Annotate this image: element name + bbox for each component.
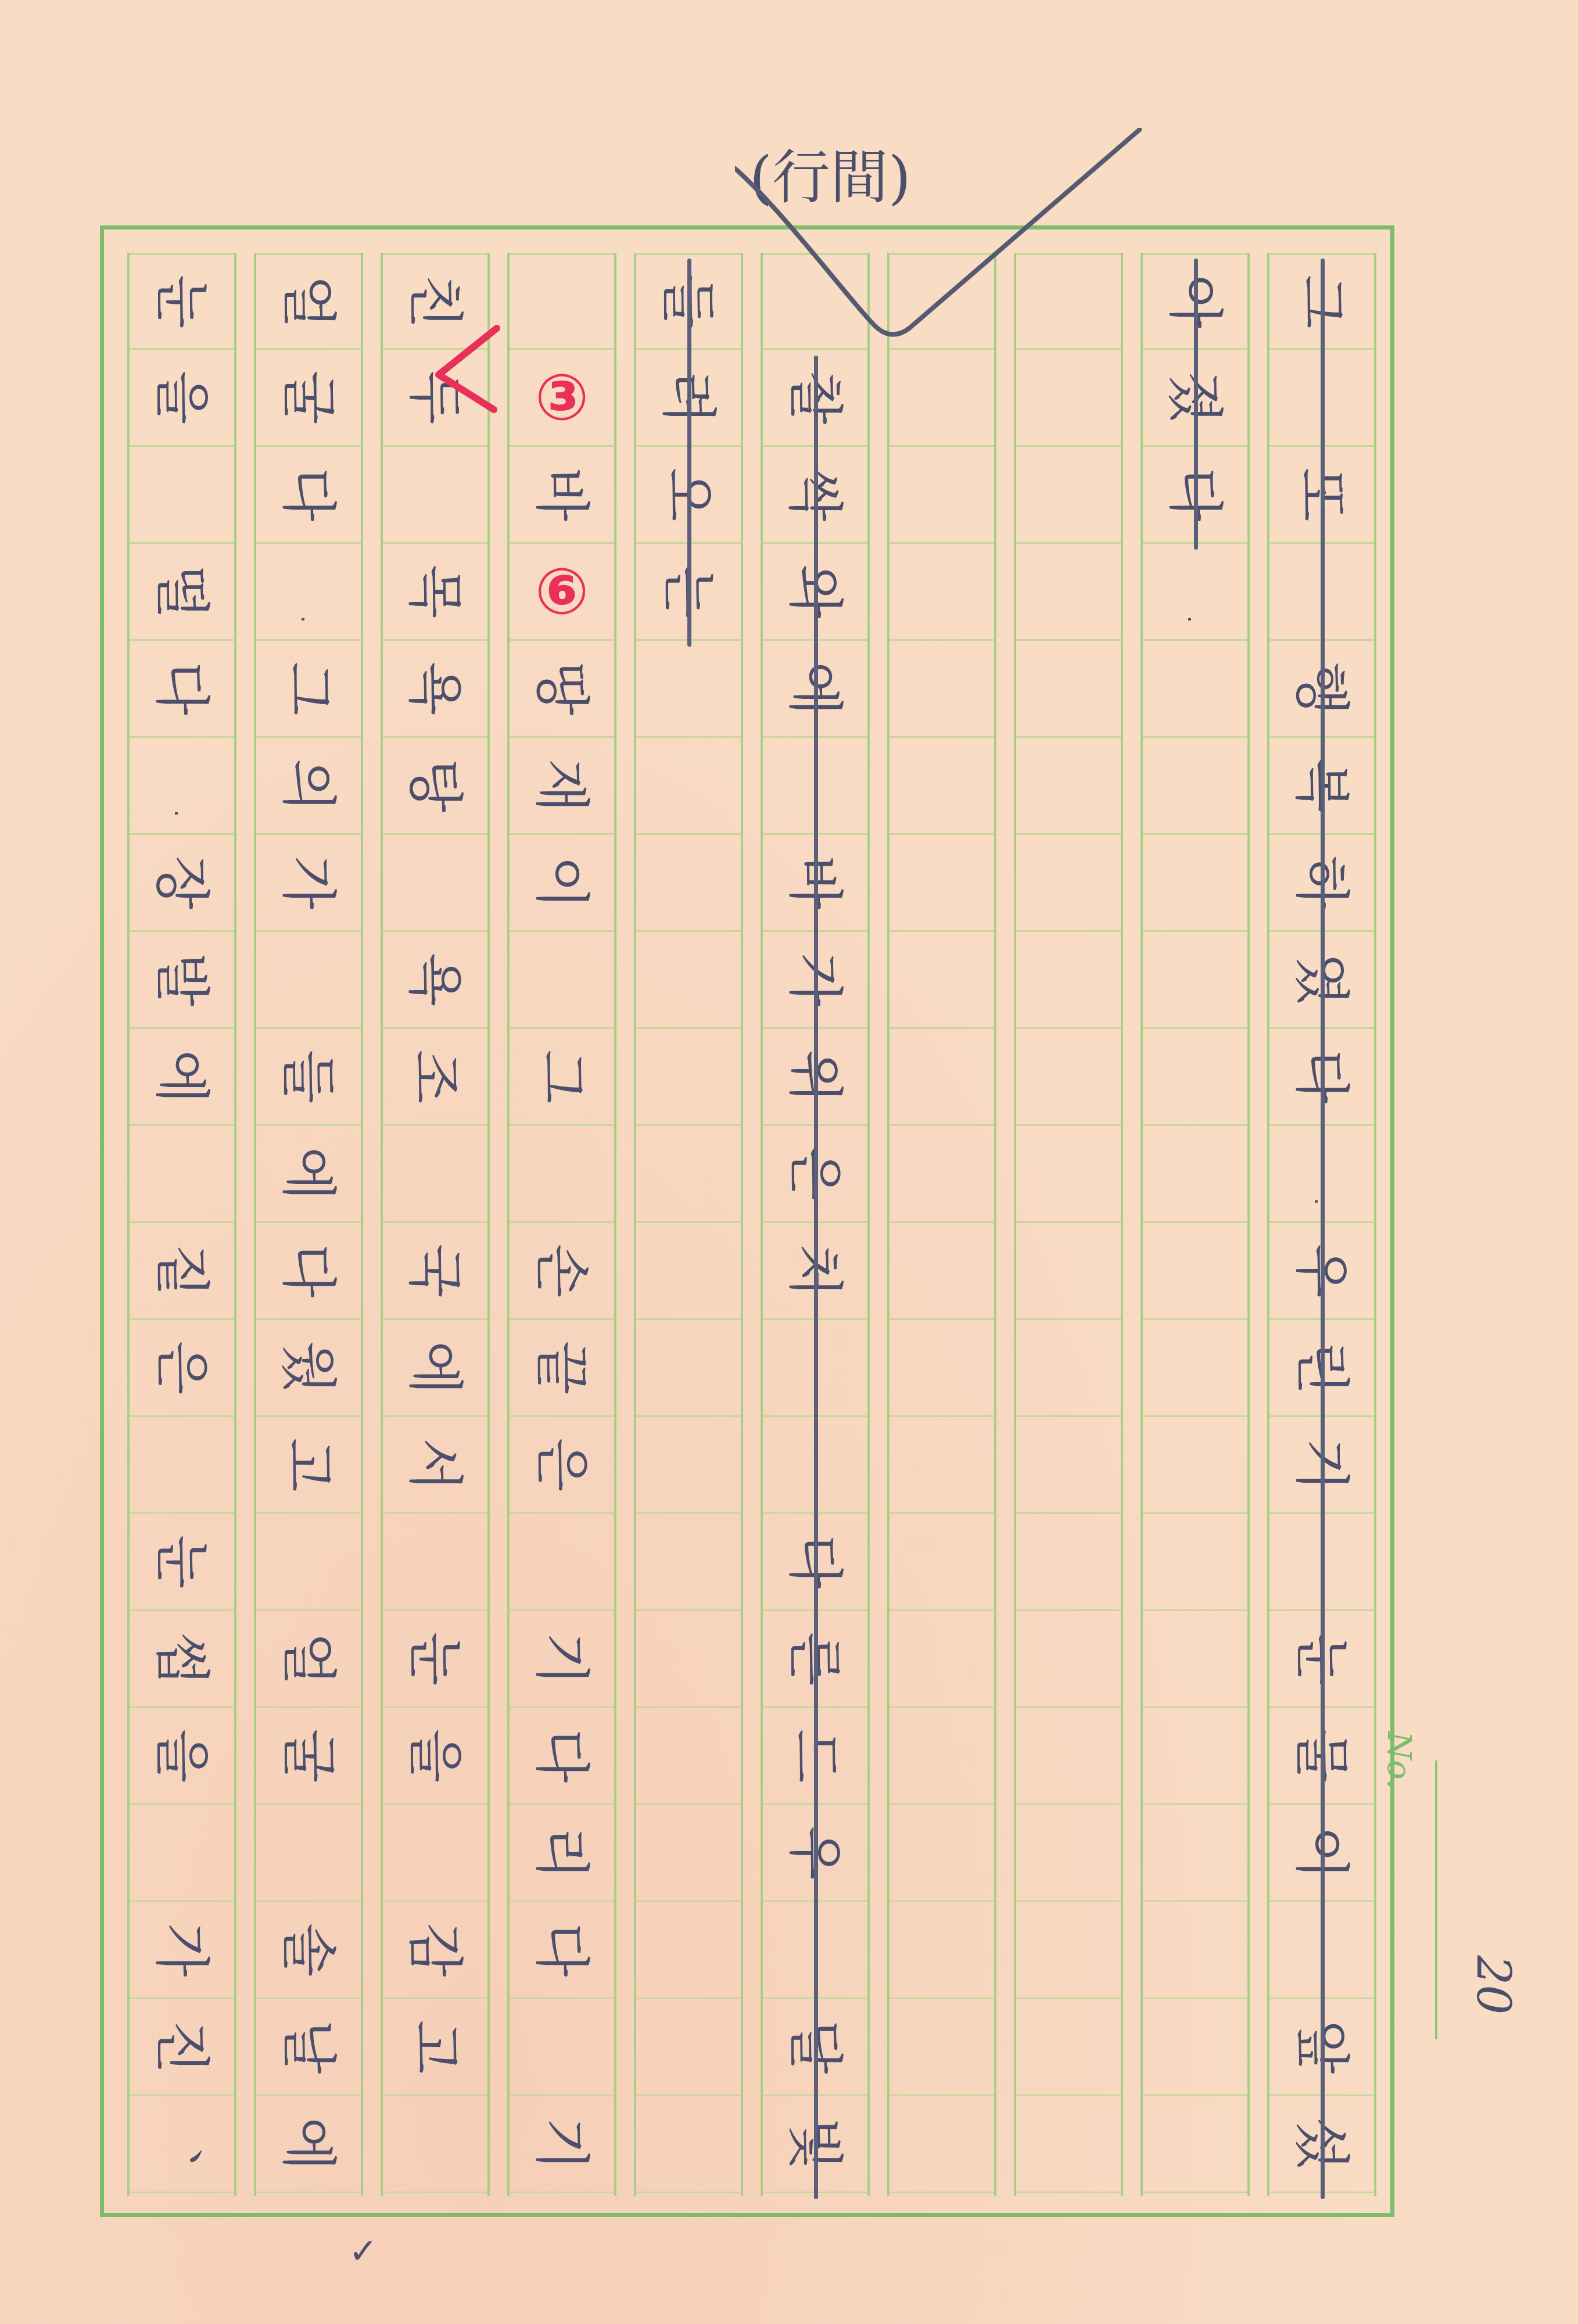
manuscript-cell <box>1016 641 1121 738</box>
manuscript-cell: 다 <box>510 1708 614 1805</box>
manuscript-cell: 장 <box>130 835 234 932</box>
manuscript-cell: 을 <box>383 1708 487 1805</box>
manuscript-cell <box>1016 1902 1121 1999</box>
manuscript-cell <box>636 1999 741 2096</box>
manuscript-cell <box>636 1514 741 1611</box>
manuscript-cell <box>1016 1999 1121 2096</box>
manuscript-cell: . <box>1143 544 1247 641</box>
manuscript-cell <box>636 932 741 1029</box>
handwritten-character: 땅 <box>534 662 590 716</box>
handwritten-character: 다 <box>281 1244 336 1298</box>
manuscript-cell: 고 <box>256 1417 361 1514</box>
manuscript-cell <box>1016 1126 1121 1223</box>
manuscript-column-6: 찰싹와에바가위은처다른드우달빛 <box>761 253 870 2196</box>
manuscript-cell <box>636 1708 741 1805</box>
handwritten-character: 욕 <box>407 953 463 1007</box>
handwritten-character: . <box>1307 1194 1354 1208</box>
manuscript-cell: . <box>256 544 361 641</box>
manuscript-cell: 감 <box>383 1902 487 1999</box>
manuscript-cell <box>383 447 487 544</box>
manuscript-column-7 <box>887 253 996 2196</box>
manuscript-cell: 의 <box>256 738 361 835</box>
handwritten-character: 고 <box>281 1438 336 1492</box>
manuscript-cell <box>510 1999 614 2096</box>
manuscript-cell <box>1016 2096 1121 2193</box>
manuscript-cell: 진 <box>130 1999 234 2096</box>
manuscript-cell <box>256 1805 361 1902</box>
manuscript-cell <box>890 1999 994 2096</box>
manuscript-cell <box>636 835 741 932</box>
manuscript-column-1: 눈을떨다.장발에짙은눈썹을가진、 <box>127 253 236 2196</box>
manuscript-cell <box>130 1417 234 1514</box>
manuscript-cell <box>890 447 994 544</box>
manuscript-cell: 굴 <box>256 1708 361 1805</box>
handwritten-character: 썹 <box>154 1632 210 1686</box>
manuscript-cell: 굴 <box>256 350 361 447</box>
manuscript-cell: 웠 <box>256 1320 361 1417</box>
manuscript-cell <box>890 932 994 1029</box>
manuscript-cell <box>890 1320 994 1417</box>
manuscript-column-10: 그또행복하였다.우린기눈물이앞섰 <box>1267 253 1376 2196</box>
handwritten-character: 감 <box>407 1923 463 1977</box>
handwritten-character: 다 <box>534 1923 590 1977</box>
handwritten-character: 다 <box>154 662 210 716</box>
manuscript-cell <box>890 1902 994 1999</box>
manuscript-cell: 짙 <box>130 1223 234 1320</box>
handwritten-character: . <box>1181 612 1227 626</box>
handwritten-character: 기 <box>534 1632 590 1686</box>
handwritten-character: 끝 <box>534 1341 590 1395</box>
manuscript-cell <box>890 1417 994 1514</box>
manuscript-cell <box>1016 1708 1121 1805</box>
manuscript-cell: 에 <box>130 1029 234 1126</box>
manuscript-cell <box>510 1126 614 1223</box>
manuscript-cell: 조 <box>383 1029 487 1126</box>
manuscript-cell <box>1016 738 1121 835</box>
handwritten-character: 굴 <box>281 1729 336 1783</box>
manuscript-cell <box>636 641 741 738</box>
manuscript-cell: 날 <box>256 1999 361 2096</box>
manuscript-cell: . <box>130 738 234 835</box>
handwritten-character: 을 <box>154 1729 210 1783</box>
handwritten-character: 다 <box>534 1729 590 1783</box>
manuscript-cell <box>890 2096 994 2193</box>
manuscript-cell <box>890 544 994 641</box>
strikethrough-line <box>687 259 691 647</box>
manuscript-cell <box>383 1126 487 1223</box>
manuscript-cell <box>890 1126 994 1223</box>
manuscript-cell <box>1143 1417 1247 1514</box>
handwritten-character: 친 <box>407 275 463 329</box>
manuscript-cell <box>383 1514 487 1611</box>
manuscript-cell: 손 <box>510 1223 614 1320</box>
manuscript-cell <box>1016 1223 1121 1320</box>
handwritten-character: 그 <box>281 662 336 716</box>
manuscript-cell: 다 <box>130 641 234 738</box>
handwritten-character: 목 <box>407 565 463 619</box>
handwritten-character: 얼 <box>281 1632 336 1686</box>
manuscript-cell: 눈 <box>383 1611 487 1708</box>
manuscript-cell: 발 <box>130 932 234 1029</box>
manuscript-cell <box>1143 1999 1247 2096</box>
manuscript-cell <box>890 738 994 835</box>
manuscript-column-3: 친두목욕탕욕조국에서눈을감고 <box>381 253 490 2196</box>
manuscript-cell: 이 <box>510 835 614 932</box>
manuscript-cell <box>1016 1029 1121 1126</box>
manuscript-cell <box>383 2096 487 2193</box>
manuscript-cell <box>256 1514 361 1611</box>
manuscript-cell <box>1143 738 1247 835</box>
handwritten-character: 기 <box>534 2117 590 2171</box>
manuscript-cell: 을 <box>130 350 234 447</box>
manuscript-cell <box>1016 544 1121 641</box>
handwritten-character: 탕 <box>407 759 463 813</box>
manuscript-cell <box>1143 1708 1247 1805</box>
manuscript-cell: 가 <box>130 1902 234 1999</box>
manuscript-cell <box>510 1514 614 1611</box>
manuscript-cell: 탕 <box>383 738 487 835</box>
handwritten-character: 에 <box>154 1050 210 1104</box>
manuscript-cell <box>1016 932 1121 1029</box>
manuscript-cell <box>1143 1223 1247 1320</box>
manuscript-cell: 기 <box>510 1611 614 1708</box>
manuscript-cell <box>130 1805 234 1902</box>
manuscript-cell: 땅 <box>510 641 614 738</box>
manuscript-cell <box>636 1320 741 1417</box>
manuscript-cell <box>1016 1417 1121 1514</box>
manuscript-cell <box>130 447 234 544</box>
manuscript-cell <box>130 1126 234 1223</box>
manuscript-cell: 바 <box>510 447 614 544</box>
manuscript-cell <box>1016 1320 1121 1417</box>
handwritten-character: 국 <box>407 1244 463 1298</box>
manuscript-cell <box>1143 835 1247 932</box>
manuscript-cell: 욕 <box>383 932 487 1029</box>
bottom-check-mark: ✓ <box>349 2231 378 2272</box>
handwritten-character: 눈 <box>407 1632 463 1686</box>
handwritten-character: 장 <box>154 856 210 910</box>
manuscript-cell <box>636 738 741 835</box>
handwritten-character: 재 <box>534 759 590 813</box>
red-circled-number: ③ <box>535 365 589 429</box>
manuscript-cell <box>1143 2096 1247 2193</box>
manuscript-cell: 끝 <box>510 1320 614 1417</box>
manuscript-cell: 、 <box>130 2096 234 2193</box>
handwritten-character: 에 <box>407 1341 463 1395</box>
manuscript-column-8 <box>1014 253 1123 2196</box>
manuscript-cell: 다 <box>256 1223 361 1320</box>
page-number-underline <box>1435 1760 1437 2039</box>
manuscript-cell <box>1016 447 1121 544</box>
handwritten-character: 그 <box>534 1050 590 1104</box>
manuscript-cell: 눈 <box>130 1514 234 1611</box>
manuscript-cell: 눈 <box>130 253 234 350</box>
handwritten-character: 날 <box>281 2020 336 2074</box>
handwritten-character: 을 <box>154 371 210 425</box>
manuscript-cell <box>1143 1320 1247 1417</box>
handwritten-character: 손 <box>534 1244 590 1298</box>
manuscript-cell: 을 <box>130 1708 234 1805</box>
manuscript-cell <box>1016 350 1121 447</box>
manuscript-cell: 썹 <box>130 1611 234 1708</box>
manuscript-cell: 들 <box>256 1029 361 1126</box>
manuscript-cell <box>510 253 614 350</box>
manuscript-cell <box>890 641 994 738</box>
manuscript-cell: 가 <box>256 835 361 932</box>
manuscript-cell <box>1016 1514 1121 1611</box>
manuscript-cell <box>1143 1126 1247 1223</box>
handwritten-character: 가 <box>154 1923 210 1977</box>
manuscript-cell <box>1143 932 1247 1029</box>
handwritten-character: 에 <box>281 1147 336 1201</box>
handwritten-character: 눈 <box>154 275 210 329</box>
handwritten-character: 을 <box>407 1729 463 1783</box>
manuscript-cell <box>510 932 614 1029</box>
handwritten-character: 발 <box>154 953 210 1007</box>
manuscript-column-9: 아졌다. <box>1141 253 1250 2196</box>
handwritten-character: 의 <box>281 759 336 813</box>
manuscript-cell: 얼 <box>256 253 361 350</box>
manuscript-cell: 은 <box>510 1417 614 1514</box>
manuscript-cell <box>383 835 487 932</box>
manuscript-cell <box>890 1514 994 1611</box>
manuscript-cell <box>890 1223 994 1320</box>
manuscript-cell: 리 <box>510 1805 614 1902</box>
manuscript-column-2: 얼굴다.그의가들에다웠고얼굴솔날에 <box>254 253 363 2196</box>
handwritten-character: 들 <box>281 1050 336 1104</box>
handwritten-character: 리 <box>534 1826 590 1880</box>
handwritten-character: 에 <box>281 2117 336 2171</box>
red-circled-number: ⑥ <box>535 560 589 623</box>
manuscript-cell: 다 <box>256 447 361 544</box>
handwritten-character: 가 <box>281 856 336 910</box>
manuscript-cell <box>636 1805 741 1902</box>
handwritten-character: 바 <box>534 468 590 522</box>
manuscript-cell <box>1016 1611 1121 1708</box>
handwritten-character: 떨 <box>154 565 210 619</box>
manuscript-cell: 기 <box>510 2096 614 2193</box>
manuscript-cell <box>890 1611 994 1708</box>
manuscript-cell: 재 <box>510 738 614 835</box>
handwritten-character: . <box>167 806 214 820</box>
manuscript-cell <box>890 1029 994 1126</box>
strikethrough-line <box>1321 259 1325 2199</box>
manuscript-cell: 에 <box>256 2096 361 2193</box>
manuscript-cell <box>636 1611 741 1708</box>
manuscript-cell: 그 <box>256 641 361 738</box>
manuscript-cell: 다 <box>510 1902 614 1999</box>
manuscript-cell: 욕 <box>383 641 487 738</box>
manuscript-cell: ③ <box>510 350 614 447</box>
manuscript-cell <box>636 1417 741 1514</box>
handwritten-character: 솔 <box>281 1923 336 1977</box>
handwritten-character: . <box>294 612 340 626</box>
handwritten-character: 얼 <box>281 275 336 329</box>
manuscript-cell <box>1143 1611 1247 1708</box>
manuscript-cell <box>1143 1902 1247 1999</box>
manuscript-cell: 서 <box>383 1417 487 1514</box>
manuscript-cell: 에 <box>256 1126 361 1223</box>
manuscript-cell <box>636 1126 741 1223</box>
strikethrough-line <box>814 356 818 2199</box>
manuscript-cell <box>1016 835 1121 932</box>
handwritten-character: 굴 <box>281 371 336 425</box>
manuscript-cell <box>1016 1805 1121 1902</box>
handwritten-character: 서 <box>407 1438 463 1492</box>
manuscript-cell <box>636 1029 741 1126</box>
handwritten-character: 은 <box>534 1438 590 1492</box>
handwritten-character: 웠 <box>281 1341 336 1395</box>
handwritten-character: 이 <box>534 856 590 910</box>
handwritten-character: 진 <box>154 2020 210 2074</box>
manuscript-cell <box>890 1708 994 1805</box>
handwritten-character: 은 <box>154 1341 210 1395</box>
manuscript-cell <box>636 1223 741 1320</box>
manuscript-cell: 그 <box>510 1029 614 1126</box>
manuscript-column-5: 들려오는 <box>634 253 743 2196</box>
manuscript-cell: 떨 <box>130 544 234 641</box>
red-insert-caret <box>427 322 508 415</box>
handwritten-character: 고 <box>407 2020 463 2074</box>
manuscript-cell <box>636 1902 741 1999</box>
manuscript-cell: 얼 <box>256 1611 361 1708</box>
manuscript-column-4: ③바⑥땅재이그손끝은기다리다기 <box>507 253 616 2196</box>
manuscript-cell <box>383 1805 487 1902</box>
handwritten-character: 눈 <box>154 1535 210 1589</box>
insertion-v-mark <box>735 128 1142 337</box>
manuscript-cell <box>890 835 994 932</box>
manuscript-cell: 국 <box>383 1223 487 1320</box>
manuscript-cell: 에 <box>383 1320 487 1417</box>
handwritten-character: 조 <box>407 1050 463 1104</box>
handwritten-character: 짙 <box>154 1244 210 1298</box>
manuscript-cell <box>1143 641 1247 738</box>
handwritten-character: 욕 <box>407 662 463 716</box>
manuscript-cell <box>890 350 994 447</box>
manuscript-cell: ⑥ <box>510 544 614 641</box>
manuscript-cell <box>1143 1514 1247 1611</box>
manuscript-cell <box>256 932 361 1029</box>
manuscript-cell <box>890 1805 994 1902</box>
manuscript-cell <box>1143 1805 1247 1902</box>
manuscript-cell <box>1143 1029 1247 1126</box>
manuscript-cell: 은 <box>130 1320 234 1417</box>
strikethrough-line <box>1194 259 1198 550</box>
manuscript-cell: 솔 <box>256 1902 361 1999</box>
page-number: 20 <box>1466 1956 1520 2015</box>
manuscript-grid: 눈을떨다.장발에짙은눈썹을가진、얼굴다.그의가들에다웠고얼굴솔날에친두목욕탕욕조… <box>100 225 1394 2217</box>
manuscript-cell: 목 <box>383 544 487 641</box>
handwritten-character: 다 <box>281 468 336 522</box>
manuscript-cell: 고 <box>383 1999 487 2096</box>
page-number-label: No. <box>1380 1731 1418 1789</box>
handwritten-character: 、 <box>187 2149 233 2195</box>
manuscript-cell <box>636 2096 741 2193</box>
